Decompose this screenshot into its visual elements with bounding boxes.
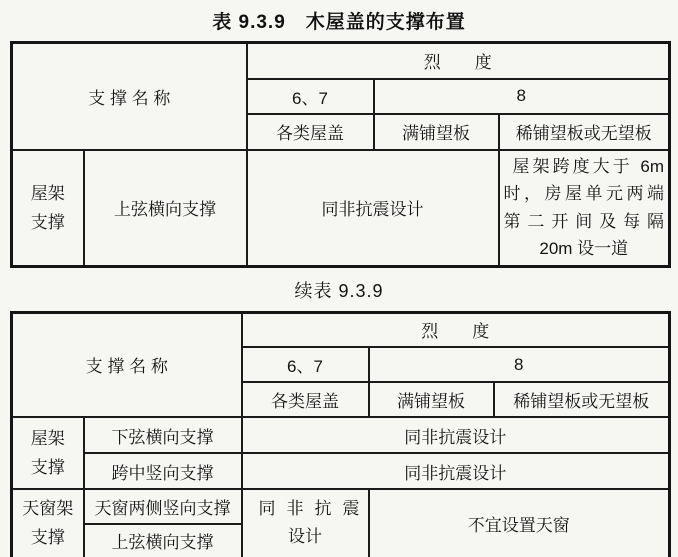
header-cell-intensity: 烈 度 (242, 312, 670, 347)
header-cell-intensity-8: 8 (374, 79, 670, 114)
header-cell-full-sheathing: 满铺望板 (374, 114, 499, 150)
cell-skylight-restriction: 不宜设置天窗 (369, 489, 670, 557)
header-cell-intensity: 烈 度 (247, 43, 670, 79)
cell-support-type: 天窗两侧竖向支撑 (84, 489, 242, 524)
group-cell-roof-truss: 屋架 支撑 (12, 150, 84, 267)
cell-design-note-wrapped: 同非抗震 设计 (242, 489, 369, 557)
group-label-line2: 支撑 (17, 523, 79, 552)
header-cell-intensity-6-7: 6、7 (242, 347, 369, 382)
requirement-line-2: 时，房屋单元两端 (504, 180, 665, 208)
cell-design-note: 同非抗震设计 (242, 417, 670, 453)
design-note-line1: 同非抗震 (247, 495, 364, 523)
group-cell-roof-truss: 屋架 支撑 (12, 417, 84, 489)
table-939-continued: 支 撑 名 称 烈 度 6、7 8 各类屋盖 满铺望板 稀铺望板或无望板 屋架 … (10, 311, 671, 557)
group-label-line1: 天窗架 (17, 494, 79, 523)
group-label-line2: 支撑 (17, 453, 79, 482)
cell-design-note: 同非抗震设计 (242, 453, 670, 489)
header-cell-support-name: 支 撑 名 称 (12, 312, 242, 417)
cell-support-type: 跨中竖向支撑 (84, 453, 242, 489)
design-note-line2: 设计 (247, 523, 364, 551)
cell-span-requirement: 屋架跨度大于 6m 时，房屋单元两端 第二开间及每隔 20m 设一道 (499, 150, 670, 267)
header-cell-sparse-sheathing: 稀铺望板或无望板 (494, 382, 670, 417)
requirement-line-3: 第二开间及每隔 (504, 208, 665, 236)
header-cell-intensity-6-7: 6、7 (247, 79, 374, 114)
continued-table-caption: 续表 9.3.9 (10, 268, 668, 311)
cell-support-type: 上弦横向支撑 (84, 524, 242, 557)
group-label-line1: 屋架 (17, 424, 79, 453)
header-cell-sparse-sheathing: 稀铺望板或无望板 (499, 114, 670, 150)
header-cell-all-roof-types: 各类屋盖 (242, 382, 369, 417)
group-label-line2: 支撑 (17, 208, 79, 237)
group-label-line1: 屋架 (17, 179, 79, 208)
cell-design-note: 同非抗震设计 (247, 150, 499, 267)
cell-support-type: 下弦横向支撑 (84, 417, 242, 453)
group-cell-skylight-truss: 天窗架 支撑 (12, 489, 84, 557)
document-title: 表 9.3.9 木屋盖的支撑布置 (10, 4, 668, 41)
requirement-line-4: 20m 设一道 (504, 235, 665, 263)
header-cell-all-roof-types: 各类屋盖 (247, 114, 374, 150)
table-939: 支 撑 名 称 烈 度 6、7 8 各类屋盖 满铺望板 稀铺望板或无望板 屋架 … (10, 41, 671, 268)
header-cell-full-sheathing: 满铺望板 (369, 382, 494, 417)
cell-support-type: 上弦横向支撑 (84, 150, 247, 267)
header-cell-support-name: 支 撑 名 称 (12, 43, 247, 150)
requirement-line-1: 屋架跨度大于 6m (504, 153, 665, 181)
document-page: 表 9.3.9 木屋盖的支撑布置 支 撑 名 称 烈 度 6、7 8 各类屋盖 … (0, 0, 678, 557)
header-cell-intensity-8: 8 (369, 347, 670, 382)
